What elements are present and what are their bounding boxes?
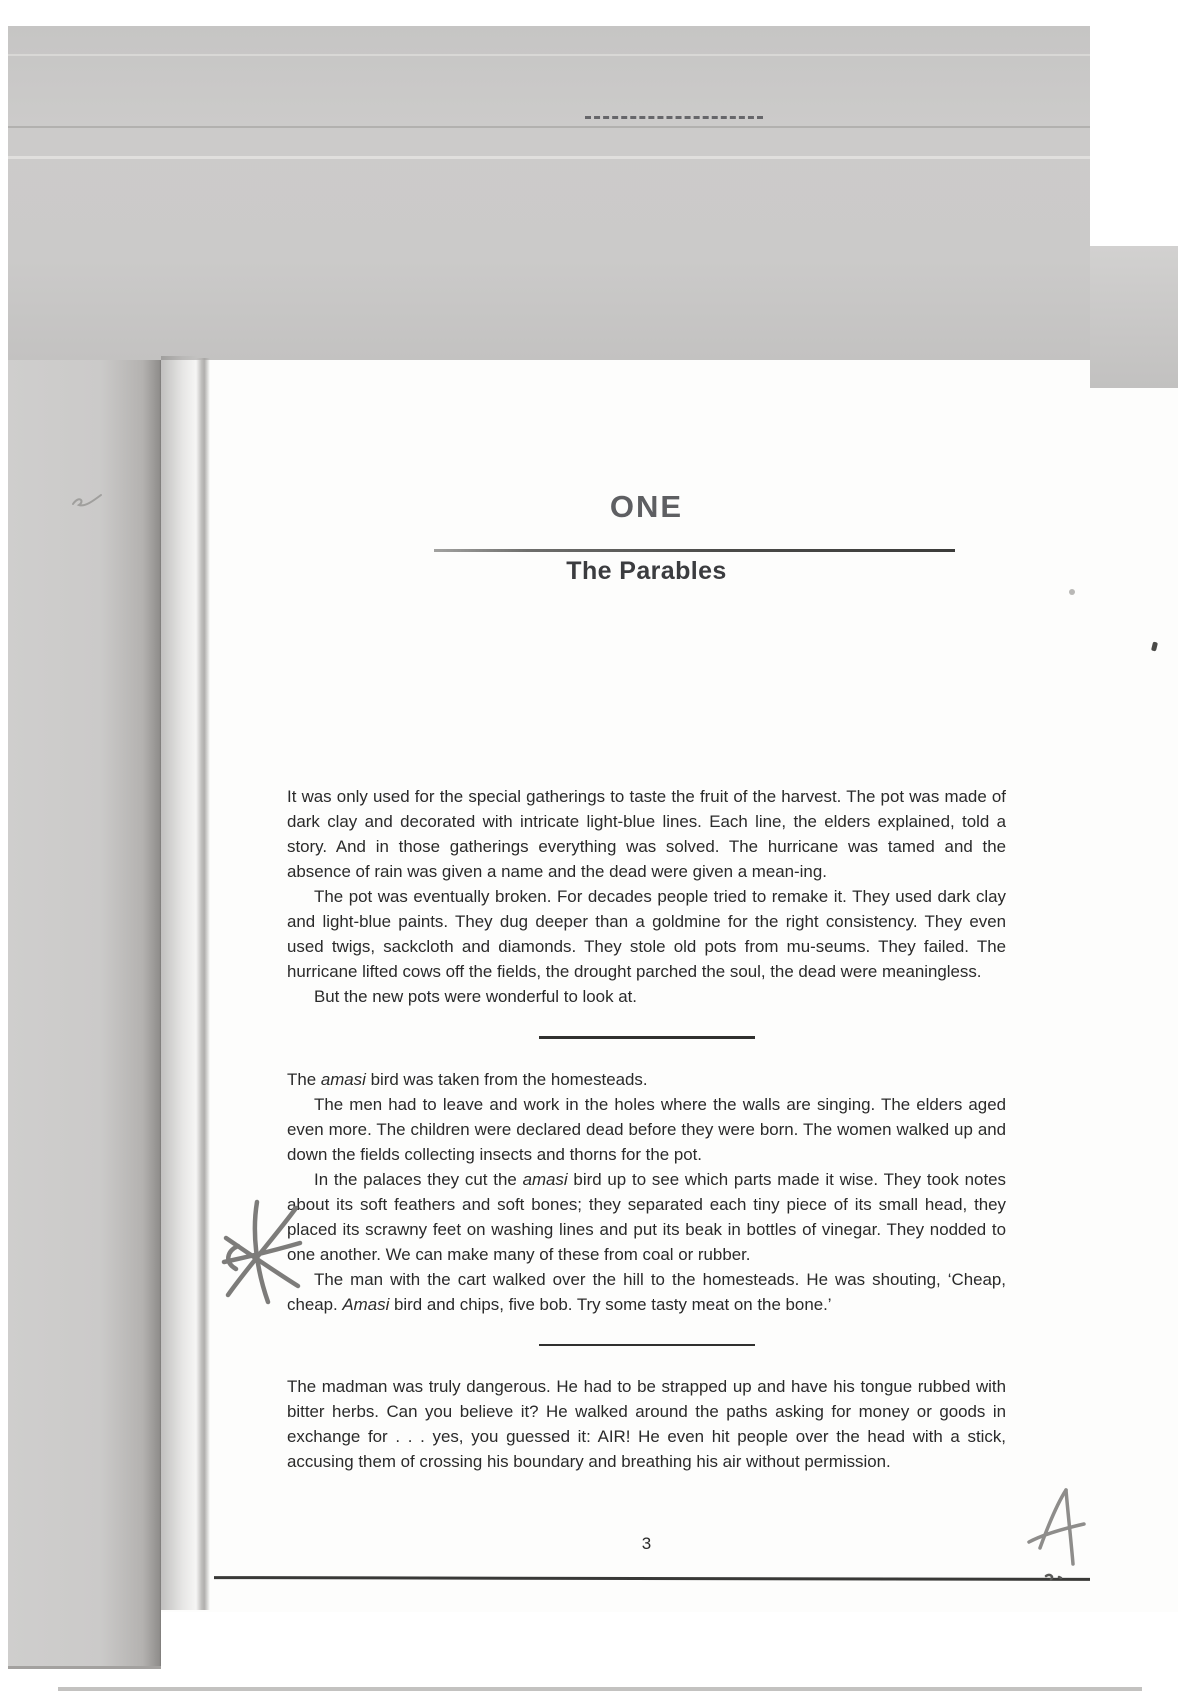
paragraph: In the palaces they cut the amasi bird u… [287, 1167, 1006, 1267]
text-segment: The [287, 1070, 321, 1089]
paragraph: The pot was eventually broken. For decad… [287, 884, 1006, 984]
paragraph: The madman was truly dangerous. He had t… [287, 1374, 1006, 1474]
text-segment: In the palaces they cut the [314, 1170, 523, 1189]
text-segment: It was only used for the special gatheri… [287, 787, 1006, 881]
handwritten-star-mark [221, 1198, 303, 1306]
section-divider [539, 1344, 755, 1347]
text-segment: bird and chips, five bob. Try some tasty… [389, 1295, 831, 1314]
text-segment: The pot was eventually broken. For decad… [287, 887, 1006, 981]
scanner-bottom-streak [58, 1687, 1142, 1691]
scan-background-top [8, 26, 1090, 360]
paragraph: It was only used for the special gatheri… [287, 784, 1006, 884]
italic-text: amasi [523, 1170, 568, 1189]
scan-artifact-line [8, 54, 1090, 56]
scan-background-left-column [8, 360, 161, 1666]
ink-speck [1069, 589, 1075, 595]
scan-artifact-line [8, 156, 1090, 159]
chapter-title: The Parables [287, 557, 1006, 586]
scan-left-column-bottom-edge [8, 1666, 161, 1669]
scan-artifact-dashed-line [585, 116, 763, 119]
chapter-number: ONE [287, 489, 1006, 525]
italic-text: amasi [321, 1070, 366, 1089]
pencil-squiggle-mark [70, 488, 104, 512]
body-text: It was only used for the special gatheri… [287, 784, 1006, 1474]
chapter-heading-rule [434, 549, 955, 552]
handwritten-letter-a-mark [1026, 1484, 1090, 1584]
text-segment: The madman was truly dangerous. He had t… [287, 1377, 1006, 1471]
section-divider [539, 1036, 755, 1039]
text-segment: bird was taken from the homesteads. [366, 1070, 648, 1089]
scan-background-top-right [1090, 246, 1178, 388]
page-number: 3 [287, 1534, 1006, 1554]
paragraph: The men had to leave and work in the hol… [287, 1092, 1006, 1167]
paragraph: But the new pots were wonderful to look … [287, 984, 1006, 1009]
book-gutter-line [196, 358, 210, 1610]
text-segment: But the new pots were wonderful to look … [314, 987, 637, 1006]
paragraph: The amasi bird was taken from the homest… [287, 1067, 1006, 1092]
text-segment: The men had to leave and work in the hol… [287, 1095, 1006, 1164]
paragraph: The man with the cart walked over the hi… [287, 1267, 1006, 1317]
italic-text: Amasi [342, 1295, 389, 1314]
scan-artifact-line [8, 126, 1090, 128]
